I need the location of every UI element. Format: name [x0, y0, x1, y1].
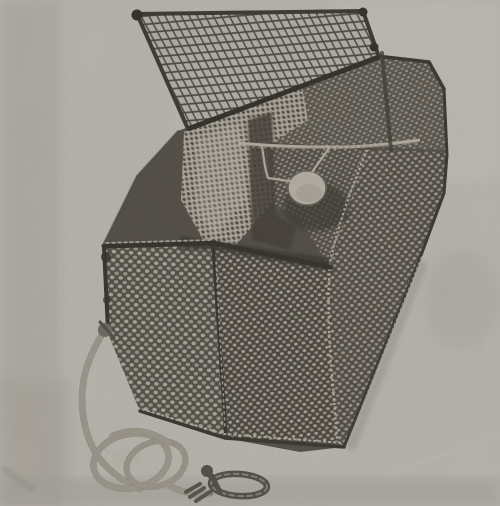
- photo-canvas: [0, 0, 500, 506]
- photo-grain: [0, 0, 500, 506]
- trap-photograph: [0, 0, 500, 506]
